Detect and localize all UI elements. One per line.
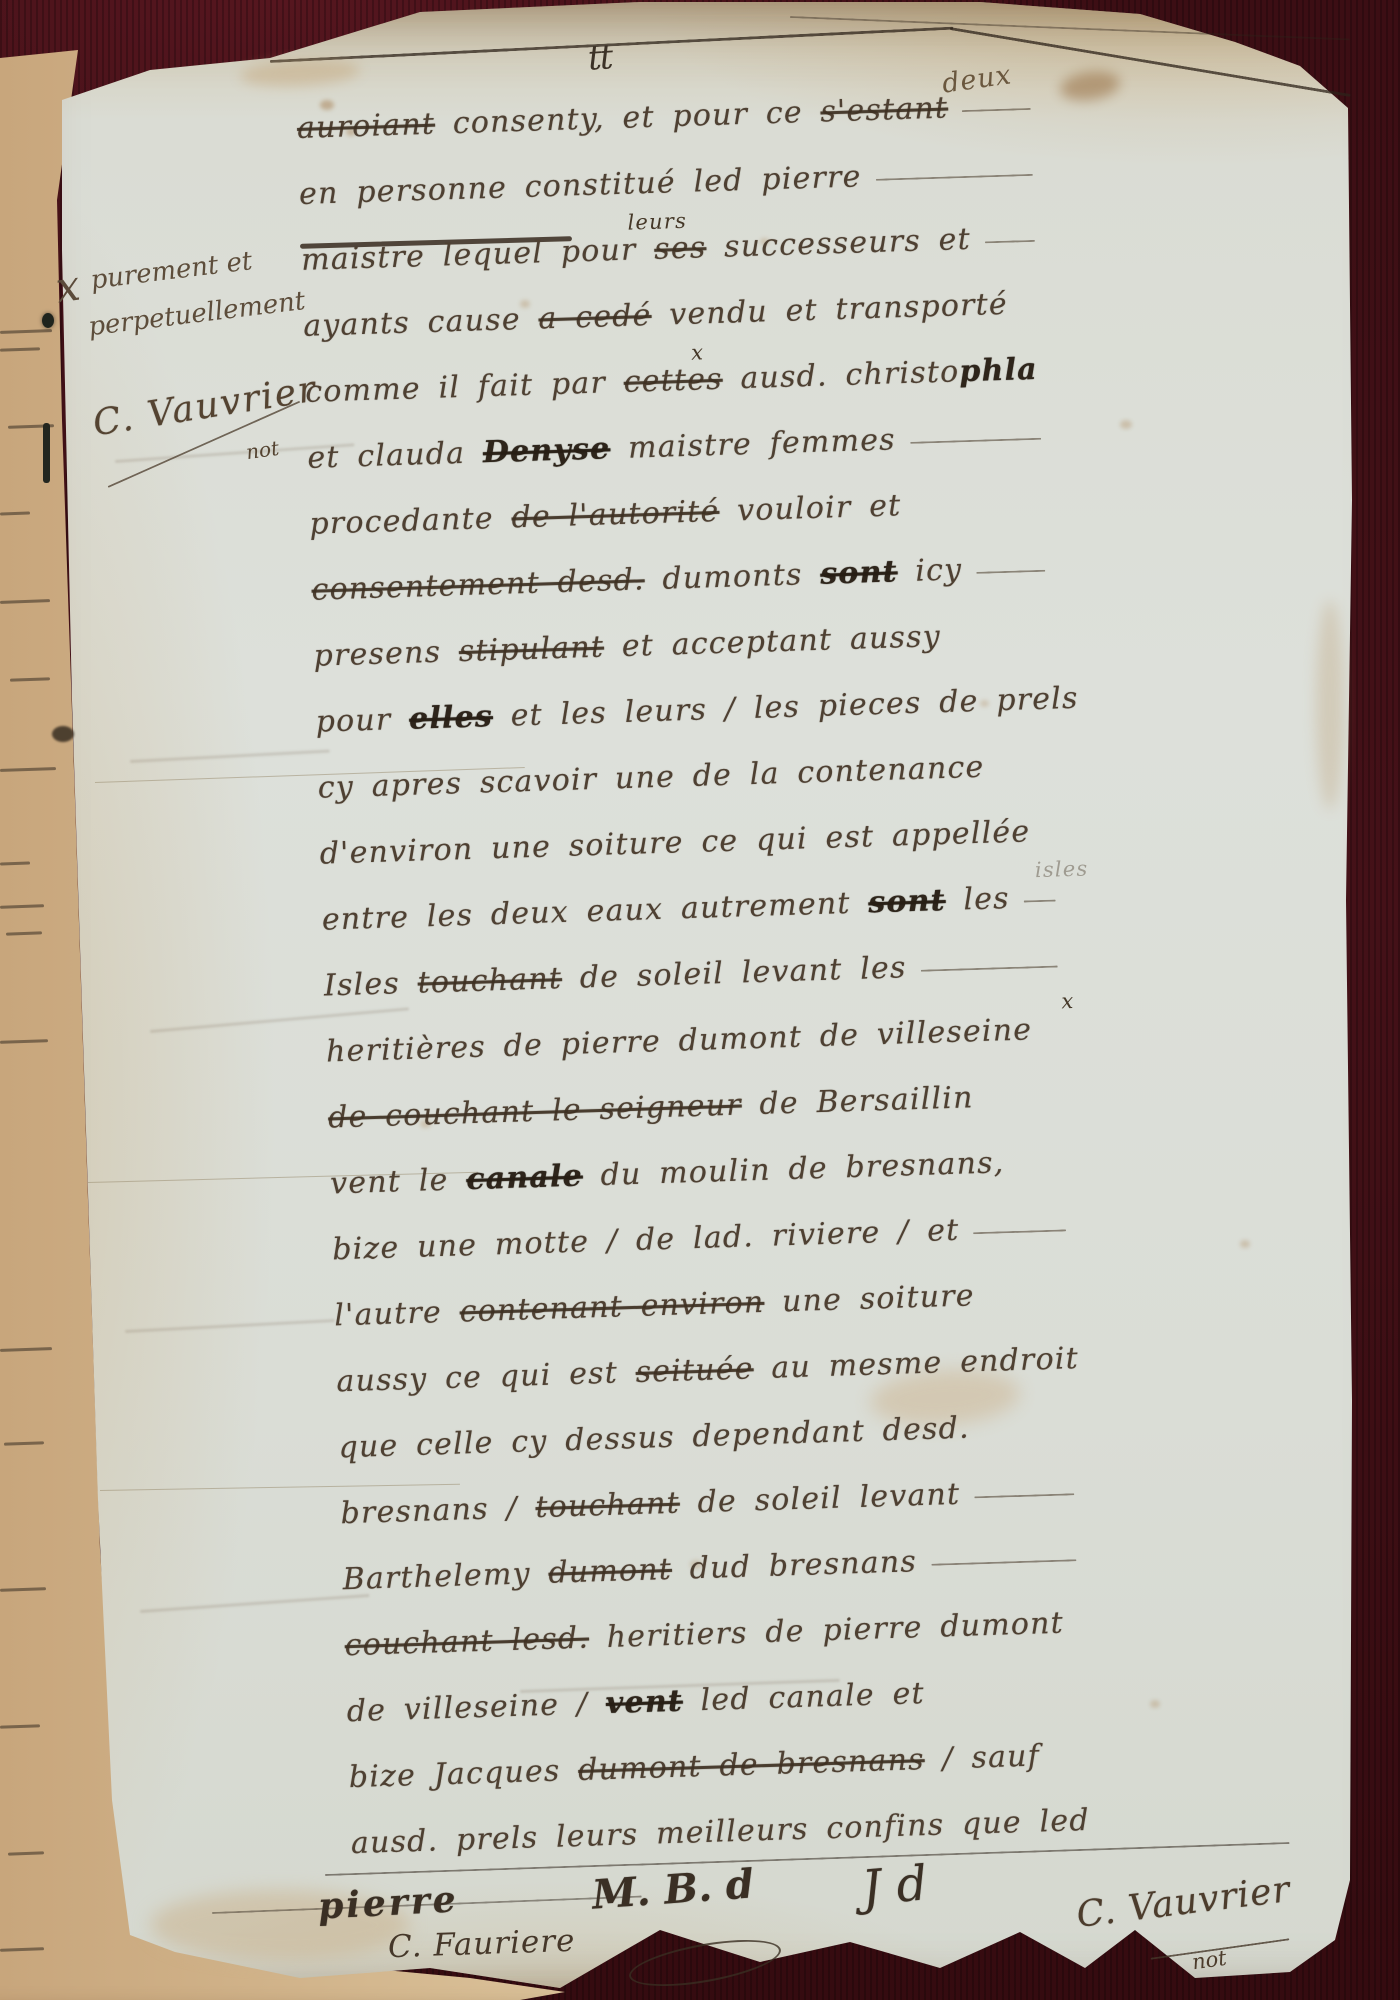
underpage-stroke — [6, 931, 42, 935]
line-segment: vouloir et — [719, 488, 902, 529]
line-segment: sont — [868, 882, 946, 919]
underpage-stroke — [4, 1441, 44, 1445]
underpage-stroke — [0, 511, 30, 515]
line-filler-dash — [1024, 900, 1056, 903]
line-segment: contenant environ — [459, 1284, 765, 1329]
line-segment: elles — [409, 699, 494, 737]
line-segment: dumont de bresnans — [578, 1742, 926, 1788]
line-segment: du moulin de bresnans, — [582, 1145, 1005, 1193]
underpage-stroke — [0, 861, 30, 865]
line-filler-dash — [921, 966, 1058, 972]
line-segment: de soleil levant les — [561, 950, 907, 996]
line-filler-dash — [976, 570, 1045, 574]
line-segment: successeurs et — [706, 221, 972, 264]
line-segment: de villeseine / — [346, 1686, 606, 1729]
line-segment: Isles — [323, 965, 418, 1003]
line-segment: et les leurs / les pieces de prels — [492, 680, 1079, 733]
binding-thread-icon — [43, 423, 50, 483]
underpage-stroke — [0, 1039, 48, 1044]
line-segment: bize Jacques — [348, 1752, 578, 1794]
line-segment: s'estant — [820, 90, 949, 129]
line-segment: a cedé — [538, 297, 652, 336]
underpage-stroke — [0, 347, 40, 351]
line-segment: cy apres scavoir une de la contenance — [317, 749, 985, 805]
underpage-stroke — [0, 767, 56, 772]
line-filler-dash — [962, 108, 1031, 112]
line-segment: une soiture — [764, 1278, 975, 1320]
validation-mark: J d — [860, 1855, 930, 1916]
line-segment: dud bresnans — [671, 1544, 917, 1587]
line-segment: presens — [313, 634, 459, 674]
line-segment: ayants cause — [303, 301, 539, 343]
underpage-stroke — [0, 1724, 40, 1728]
line-filler-dash — [876, 174, 1033, 181]
line-segment: maistre lequel pour — [301, 231, 655, 277]
line-segment: bize une motte / de lad. riviere / et — [332, 1212, 960, 1267]
line-segment: et clauda — [307, 435, 484, 475]
underpage-stroke — [0, 1347, 52, 1352]
underpage-stroke — [8, 1851, 44, 1855]
line-segment: heritières de pierre dumont de villesein… — [326, 1012, 1033, 1069]
line-segment: consenty, et pour ce — [434, 94, 821, 141]
line-segment: et acceptant aussy — [603, 619, 941, 665]
line-segment: ses — [654, 230, 707, 267]
line-segment: les — [945, 880, 1010, 917]
witness-signature: C. Fauriere — [387, 1923, 576, 1966]
underpage-stroke — [10, 677, 50, 681]
binding-stitch-icon — [42, 313, 54, 328]
line-filler-dash — [974, 1493, 1074, 1498]
line-segment: touchant — [417, 961, 562, 1001]
underpage-stroke — [0, 599, 50, 604]
line-filler-dash — [931, 1559, 1076, 1566]
line-segment: vent le — [330, 1162, 467, 1201]
line-segment: dumonts — [644, 556, 821, 597]
line-segment: vendu et transporté — [651, 286, 1008, 332]
line-filler-dash — [973, 1229, 1066, 1234]
line-segment: phla — [959, 351, 1038, 388]
line-segment: entre les deux eaux autrement — [321, 885, 869, 937]
line-segment: couchant lesd. — [344, 1620, 589, 1663]
manuscript-photo: tt deux x purement et perpetuellement C.… — [0, 0, 1400, 2000]
interlinear-insertion: leurs — [627, 209, 687, 235]
line-segment: consentement desd. — [311, 562, 645, 607]
line-segment: seituée — [635, 1351, 754, 1390]
interlinear-insertion: x — [691, 340, 705, 364]
underpage-stroke — [0, 1947, 44, 1952]
line-segment: de Bersaillin — [741, 1080, 974, 1122]
line-segment: maistre femmes — [610, 422, 896, 466]
line-segment: Barthelemy — [342, 1555, 549, 1596]
line-segment: dumont — [548, 1551, 673, 1590]
line-segment: vent — [605, 1683, 683, 1720]
notary-title: not — [1190, 1946, 1228, 1975]
underpage-stroke — [0, 329, 52, 334]
line-segment: Denyse — [482, 431, 611, 470]
line-segment: touchant — [535, 1485, 680, 1525]
underpage-stroke — [0, 1587, 46, 1592]
line-segment: que celle cy dessus dependant desd. — [338, 1410, 970, 1465]
line-segment: comme il fait par — [305, 364, 624, 409]
line-segment: canale — [466, 1158, 584, 1197]
interlinear-insertion: x — [1061, 989, 1075, 1013]
line-segment: led canale et — [682, 1676, 925, 1719]
line-segment: de couchant le seigneur — [328, 1087, 743, 1135]
line-segment: icy — [897, 552, 963, 589]
validation-mark: pierre — [317, 1878, 460, 1927]
line-segment: au mesme endroit — [753, 1341, 1079, 1386]
line-segment: de soleil levant — [679, 1476, 960, 1520]
line-segment: heritiers de pierre dumont — [588, 1605, 1064, 1655]
line-segment: procedante — [309, 500, 512, 541]
margin-notary-title: not — [244, 436, 280, 464]
catchword-mark: tt — [587, 37, 613, 79]
line-segment: sont — [820, 554, 898, 591]
line-segment: aussy ce qui est — [336, 1354, 636, 1398]
line-segment: bresnans / — [340, 1490, 536, 1531]
line-segment: pour — [315, 701, 410, 739]
line-segment: cettes — [623, 361, 723, 399]
line-segment: auroiant — [296, 106, 435, 145]
line-segment: / sauf — [924, 1738, 1040, 1777]
underpage-stroke — [0, 904, 44, 909]
line-segment: stipulant — [458, 629, 604, 669]
line-segment: de l'autorité — [511, 493, 720, 535]
manuscript-text-block: auroiant consenty, et pour ce s'estanten… — [296, 72, 1096, 1876]
line-segment: en personne constitué led pierre — [299, 159, 863, 212]
line-filler-dash — [985, 240, 1035, 244]
line-segment: d'environ une soiture ce qui est appellé… — [319, 814, 1031, 871]
line-filler-dash — [910, 438, 1041, 444]
line-segment: l'autre — [334, 1294, 460, 1333]
line-segment: ausd. christo — [722, 354, 960, 396]
interlinear-insertion: isles — [1035, 856, 1089, 882]
